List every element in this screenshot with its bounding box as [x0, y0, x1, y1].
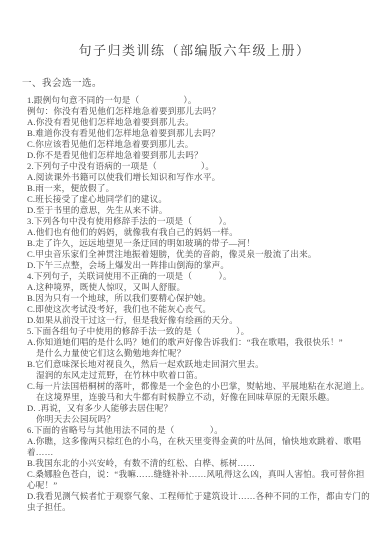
- text-line: 5.下面各组句子中使用的修辞手法一致的是（ ）。: [27, 326, 362, 337]
- text-line: C.甲虫音乐家们全神贯注地振着翅膀，优美的音韵，像灵泉一般流了出来。: [27, 249, 362, 260]
- text-line: B.因为只有一个地球，所以我们要精心保护她。: [27, 293, 362, 304]
- text-line: D.下午三点整，会场上爆发出一阵排山倒海的掌声。: [27, 260, 362, 271]
- text-line: B.雨一来，便放假了。: [27, 183, 362, 194]
- text-line: 6.下面的省略号与其他用法不同的是（ ）。: [27, 425, 362, 436]
- text-line: B.走了许久，远远地望见一条迂回的明如玻璃的带子—河！: [27, 238, 362, 249]
- text-line: 2.下列句子中没有语病的一项是（ ）。: [27, 161, 362, 172]
- text-line: 着……: [27, 447, 362, 458]
- text-line: 1.跟例句句意不同的一句是（ ）。: [27, 95, 362, 106]
- text-line: 心呢！”: [27, 480, 362, 491]
- text-line: C.每一片法国梧桐树的落叶，都像是一个金色的小巴掌，熨帖地、平展地粘在水泥道上。: [27, 381, 362, 392]
- text-line: 湿润的东风走过荒野，在竹林中吹着口笛。: [27, 370, 362, 381]
- worksheet-page: 句子归类训练（部编版六年级上册） 一、我会选一选。 1.跟例句句意不同的一句是（…: [0, 0, 382, 540]
- text-line: A.你瞧，这多像两只棕红色的小鸟，在秋天里变得金黄的叶丛间，愉快地欢跳着、歌唱: [27, 436, 362, 447]
- text-line: 是什么力量使它们这么勤勉地奔忙呢？: [27, 348, 362, 359]
- text-line: 在这境界里，连骏马和大牛都有时候静立不动，好像在回味草原的无限乐趣。: [27, 392, 362, 403]
- text-line: D.如果从前没干过这一行，但是我好像有绘画的天分。: [27, 315, 362, 326]
- text-line: C.你应该看见他们怎样地急着要到那儿去。: [27, 139, 362, 150]
- text-line: B.它们意味深长地对视良久，然后一起欢跃地走回洞穴里去。: [27, 359, 362, 370]
- text-line: 虫子担任。: [27, 502, 362, 513]
- text-line: A.这种境界，既使人惊叹，又叫人舒服。: [27, 282, 362, 293]
- text-line: D.我看见测气候者忙于观察气象、工程师忙于建筑设计……各种不同的工作，都由专门的: [27, 491, 362, 502]
- question-lines: 1.跟例句句意不同的一句是（ ）。例句：你没有看见他们怎样地急着要到那儿去吗？A…: [27, 95, 362, 513]
- text-line: C.班长接受了虚心地同学们的建议。: [27, 194, 362, 205]
- section-header: 一、我会选一选。: [22, 75, 362, 89]
- text-line: 你明天去公园玩吗？: [27, 414, 362, 425]
- text-line: A.你知道她们唱的是什么吗？她们的歌声好像告诉我们：“我在歌唱，我很快乐！”: [27, 337, 362, 348]
- text-line: A.他们也有他们的妈妈，就像我有我自己的妈妈一样。: [27, 227, 362, 238]
- text-line: C.即使这次考试没考好，我们也不能灰心丧气。: [27, 304, 362, 315]
- page-title: 句子归类训练（部编版六年级上册）: [27, 40, 362, 59]
- text-line: D.你不是看见他们怎样地急着要到那儿去吗？: [27, 150, 362, 161]
- text-line: A.阅读课外书籍可以使我们增长知识和写作水平。: [27, 172, 362, 183]
- text-line: A.你没有看见他们怎样地急着要到那儿去。: [27, 117, 362, 128]
- text-line: B.难道你没有看见他们怎样地急着要到那儿去吗？: [27, 128, 362, 139]
- text-line: D. .再说，又有多少人能够去居住呢？: [27, 403, 362, 414]
- text-line: D.至于书里的意思，先生从来不讲。: [27, 205, 362, 216]
- text-line: 3.下列各句中没有使用修辞手法的一项是（ ）。: [27, 216, 362, 227]
- text-line: 例句：你没有看见他们怎样地急着要到那儿去吗？: [27, 106, 362, 117]
- text-line: C.桑娜脸色苍白，说：“我嘛……缝缝补补……风吼得这么凶，真叫人害怕。我可替你担: [27, 469, 362, 480]
- text-line: B.我国东北的小兴安岭，有数不清的红松、白桦、栎树……: [27, 458, 362, 469]
- text-line: 4.下列句子，关联词使用不正确的一项是（ ）。: [27, 271, 362, 282]
